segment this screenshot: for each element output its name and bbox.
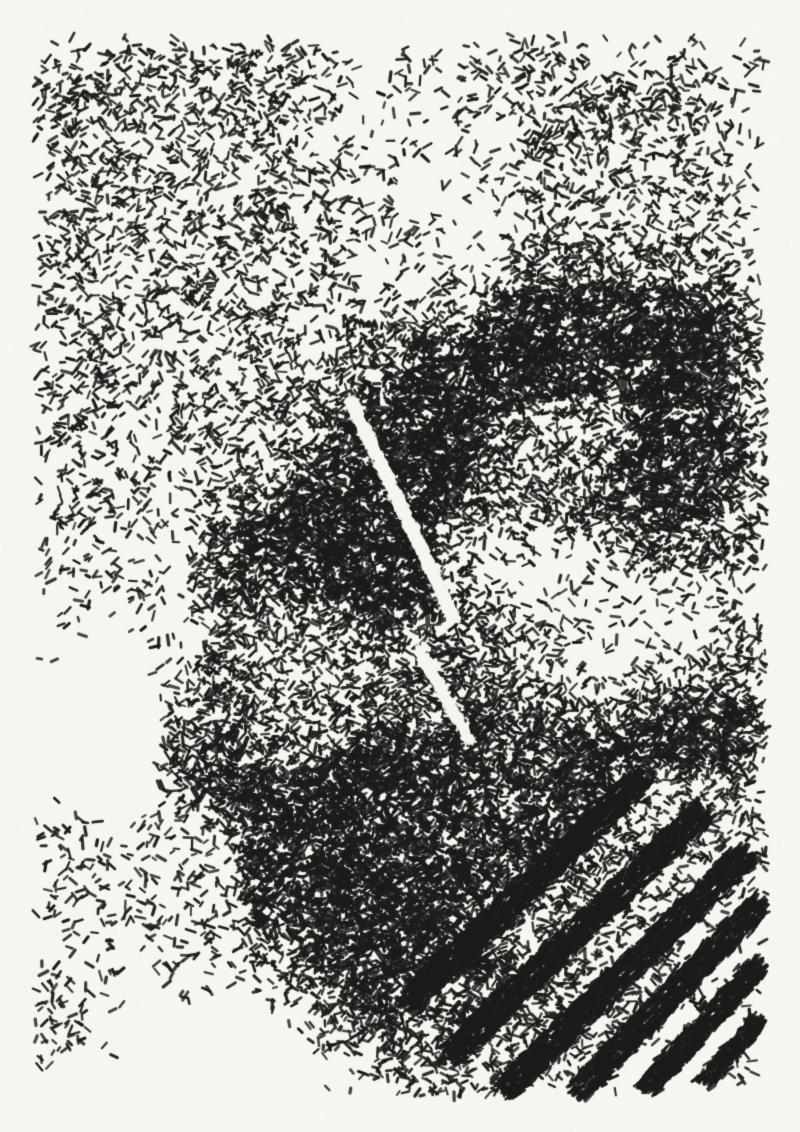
paper-background — [0, 0, 800, 1132]
stipple-artwork-canvas — [0, 0, 800, 1132]
